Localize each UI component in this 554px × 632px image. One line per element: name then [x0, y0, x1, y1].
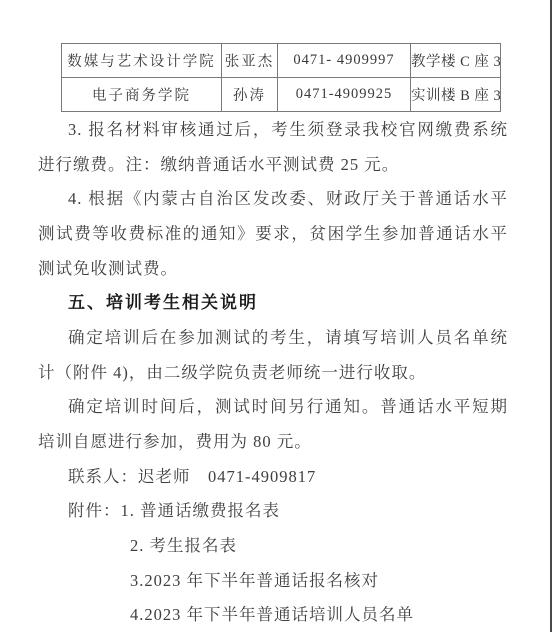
section-5-heading: 五、培训考生相关说明 — [38, 286, 508, 321]
paragraph-3-line-2: 进行缴费。注：缴纳普通话水平测试费 25 元。 — [38, 148, 508, 183]
attachments-line-1: 附件：1. 普通话缴费报名表 — [38, 494, 508, 529]
location-cell: 教学楼 C 座 305 — [411, 44, 501, 78]
paragraph-6-line-2: 培训自愿进行参加，费用为 80 元。 — [38, 425, 508, 460]
contact-person-line: 联系人：迟老师 0471-4909817 — [38, 460, 508, 495]
location-cell: 实训楼 B 座 305 — [411, 78, 501, 112]
paragraph-4-line-2: 测试费等收费标准的通知》要求，贫困学生参加普通话水平 — [38, 217, 508, 252]
college-contact-table: 数媒与艺术设计学院 张亚杰 0471- 4909997 教学楼 C 座 305 … — [61, 43, 501, 112]
paragraph-5-line-1: 确定培训后在参加测试的考生，请填写培训人员名单统 — [38, 321, 508, 356]
attachment-item-4: 4.2023 年下半年普通话培训人员名单 — [38, 598, 508, 632]
paragraph-3-line-1: 3. 报名材料审核通过后，考生须登录我校官网缴费系统 — [38, 113, 508, 148]
document-page: 数媒与艺术设计学院 张亚杰 0471- 4909997 教学楼 C 座 305 … — [0, 0, 554, 632]
paragraph-6-line-1: 确定培训时间后，测试时间另行通知。普通话水平短期 — [38, 390, 508, 425]
contact-person-cell: 张亚杰 — [222, 44, 278, 78]
contact-person-cell: 孙涛 — [222, 78, 278, 112]
paragraph-4-line-3: 测试免收测试费。 — [38, 252, 508, 287]
phone-number-cell: 0471- 4909997 — [278, 44, 411, 78]
college-name-cell: 数媒与艺术设计学院 — [62, 44, 222, 78]
attachment-item-2: 2. 考生报名表 — [38, 529, 508, 564]
table-row: 数媒与艺术设计学院 张亚杰 0471- 4909997 教学楼 C 座 305 — [62, 44, 501, 78]
college-name-cell: 电子商务学院 — [62, 78, 222, 112]
phone-number-cell: 0471-4909925 — [278, 78, 411, 112]
table-row: 电子商务学院 孙涛 0471-4909925 实训楼 B 座 305 — [62, 78, 501, 112]
paragraph-4-line-1: 4. 根据《内蒙古自治区发改委、财政厅关于普通话水平 — [38, 182, 508, 217]
page-edge-line — [550, 0, 552, 632]
paragraph-5-line-2: 计（附件 4)，由二级学院负责老师统一进行收取。 — [38, 356, 508, 391]
document-body: 3. 报名材料审核通过后，考生须登录我校官网缴费系统 进行缴费。注：缴纳普通话水… — [38, 113, 508, 632]
attachment-item-3: 3.2023 年下半年普通话报名核对 — [38, 564, 508, 599]
